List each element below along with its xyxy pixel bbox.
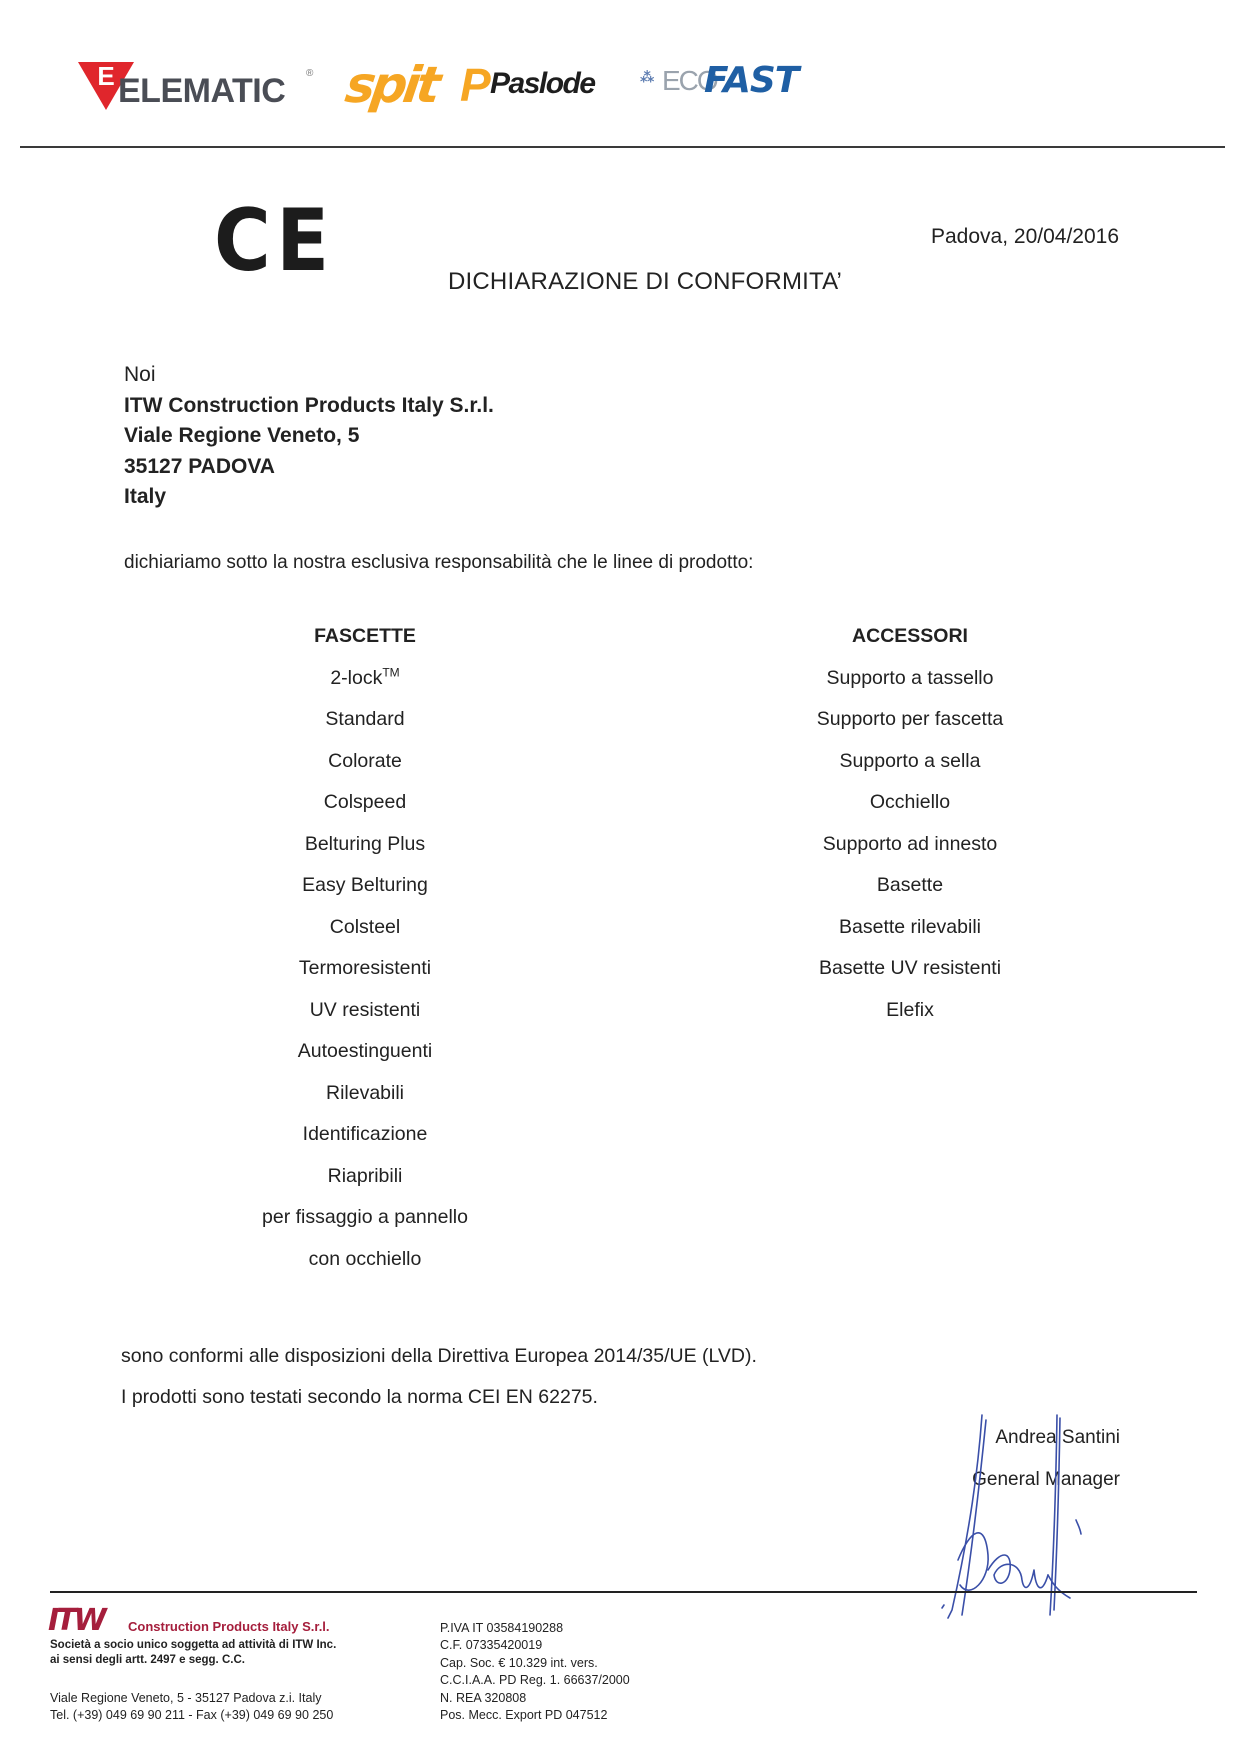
sender-street: Viale Regione Veneto, 5 — [124, 421, 494, 452]
list-item: 2-lockTM — [240, 666, 490, 708]
list-item: Supporto ad innesto — [780, 832, 1040, 874]
declaration-intro: dichiariamo sotto la nostra esclusiva re… — [124, 552, 753, 574]
list-item: Basette rilevabili — [780, 915, 1040, 957]
fast-wordmark: FAST — [704, 62, 798, 100]
paslode-logo: P Paslode — [460, 62, 620, 112]
paslode-p-icon: P — [460, 62, 491, 108]
list-item: Colorate — [240, 749, 490, 791]
list-item: Supporto per fascetta — [780, 707, 1040, 749]
list-item: Rilevabili — [240, 1081, 490, 1123]
footer-legal-line2: ai sensi degli artt. 2497 e segg. C.C. — [50, 1653, 336, 1668]
elematic-e-glyph: E — [92, 62, 120, 90]
handwritten-signature-icon — [930, 1410, 1110, 1620]
list-item: Colspeed — [240, 790, 490, 832]
footer-phone: Tel. (+39) 049 69 90 211 - Fax (+39) 049… — [50, 1707, 336, 1724]
registry-line: C.C.I.A.A. PD Reg. 1. 66637/2000 — [440, 1672, 630, 1689]
list-item: Basette UV resistenti — [780, 956, 1040, 998]
paslode-wordmark: Paslode — [490, 68, 595, 100]
footer-address: Viale Regione Veneto, 5 - 35127 Padova z… — [50, 1690, 336, 1707]
footer-registry-info: P.IVA IT 03584190288C.F. 07335420019Cap.… — [440, 1620, 630, 1724]
accessori-heading: ACCESSORI — [780, 624, 1040, 666]
list-item: Basette — [780, 873, 1040, 915]
ecofast-arrows-icon: ⁂ — [640, 70, 654, 84]
list-item: Belturing Plus — [240, 832, 490, 874]
footer-legal-line1: Società a socio unico soggetta ad attivi… — [50, 1638, 336, 1653]
list-item: Standard — [240, 707, 490, 749]
registry-line: C.F. 07335420019 — [440, 1637, 630, 1654]
list-item: Autoestinguenti — [240, 1039, 490, 1081]
accessori-list: ACCESSORI Supporto a tasselloSupporto pe… — [780, 624, 1040, 1039]
list-item: Colsteel — [240, 915, 490, 957]
itw-logo: ITW Construction Products Italy S.r.l. — [48, 1606, 368, 1636]
sender-city: 35127 PADOVA — [124, 452, 494, 483]
list-item: UV resistenti — [240, 998, 490, 1040]
trademark-mark: TM — [382, 665, 399, 679]
list-item: Supporto a tassello — [780, 666, 1040, 708]
spit-logo: spit — [342, 58, 440, 112]
list-item: Occhiello — [780, 790, 1040, 832]
registry-line: Cap. Soc. € 10.329 int. vers. — [440, 1655, 630, 1672]
ce-mark-icon: CE — [214, 198, 334, 284]
elematic-wordmark: ELEMATIC — [118, 74, 285, 108]
list-item: Identificazione — [240, 1122, 490, 1164]
footer-divider — [50, 1591, 1197, 1593]
header-divider — [20, 146, 1225, 148]
itw-mark-icon: ITW — [48, 1606, 104, 1636]
itw-company-name: Construction Products Italy S.r.l. — [128, 1619, 330, 1634]
registry-line: N. REA 320808 — [440, 1690, 630, 1707]
document-title: DICHIARAZIONE DI CONFORMITA’ — [448, 268, 842, 296]
fascette-list: FASCETTE 2-lockTM StandardColorateColspe… — [240, 624, 490, 1288]
list-item: Elefix — [780, 998, 1040, 1040]
conformity-statement: sono conformi alle disposizioni della Di… — [121, 1345, 757, 1368]
list-item: Supporto a sella — [780, 749, 1040, 791]
footer-company-info: Società a socio unico soggetta ad attivi… — [50, 1638, 336, 1724]
list-item: per fissaggio a pannello — [240, 1205, 490, 1247]
sender-company: ITW Construction Products Italy S.r.l. — [124, 391, 494, 422]
list-item: Termoresistenti — [240, 956, 490, 998]
document-date: Padova, 20/04/2016 — [931, 225, 1119, 249]
elematic-logo: E ELEMATIC ® — [78, 60, 318, 110]
testing-statement: I prodotti sono testati secondo la norma… — [121, 1386, 598, 1409]
list-item: con occhiello — [240, 1247, 490, 1289]
item-label: 2-lock — [330, 667, 382, 689]
registry-line: Pos. Mecc. Export PD 047512 — [440, 1707, 630, 1724]
sender-block: Noi ITW Construction Products Italy S.r.… — [124, 360, 494, 513]
registered-mark: ® — [306, 68, 313, 79]
ecofast-logo: ⁂ ECO FAST — [640, 62, 820, 102]
list-item: Riapribili — [240, 1164, 490, 1206]
registry-line: P.IVA IT 03584190288 — [440, 1620, 630, 1637]
sender-country: Italy — [124, 482, 494, 513]
fascette-heading: FASCETTE — [240, 624, 490, 666]
sender-intro: Noi — [124, 360, 494, 391]
list-item: Easy Belturing — [240, 873, 490, 915]
